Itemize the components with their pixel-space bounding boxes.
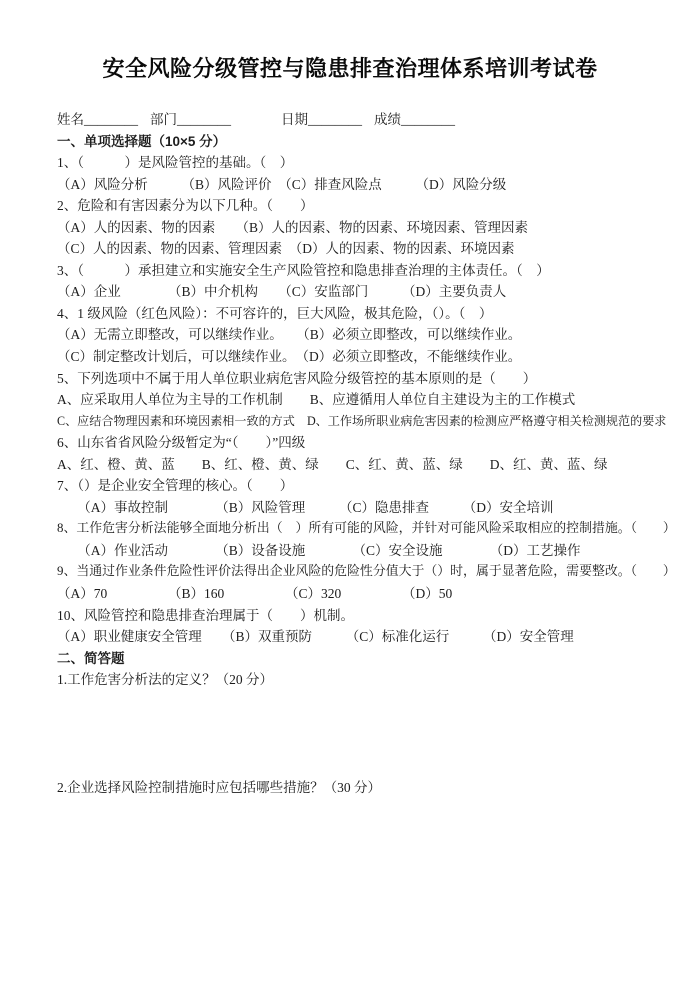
question-5-stem: 5、下列选项中不属于用人单位职业病危害风险分级管控的基本原则的是（ ） — [57, 368, 692, 390]
short-answer-question-1: 1.工作危害分析法的定义？（20 分） — [57, 669, 692, 691]
question-1: 1、（ ）是风险管控的基础。（ ） （A）风险分析 （B）风险评价 （C）排查风… — [57, 152, 692, 195]
score-field: 成绩________ — [374, 109, 455, 131]
question-3-options: （A）企业 （B）中介机构 （C）安监部门 （D）主要负责人 — [57, 281, 692, 303]
question-9: 9、当通过作业条件危险性评价法得出企业风险的危险性分值大于（）时，属于显著危险，… — [57, 561, 692, 604]
question-2: 2、危险和有害因素分为以下几种。（ ） （A）人的因素、物的因素 （B）人的因素… — [57, 195, 692, 260]
date-label: 日期 — [281, 112, 308, 127]
question-10-options: （A）职业健康安全管理 （B）双重预防 （C）标准化运行 （D）安全管理 — [57, 626, 692, 648]
question-9-stem: 9、当通过作业条件危险性评价法得出企业风险的危险性分值大于（）时，属于显著危险，… — [57, 561, 692, 583]
question-8-stem: 8、工作危害分析法能够全面地分析出（ ）所有可能的风险，并针对可能风险采取相应的… — [57, 518, 692, 540]
question-2-options-line-2: （C）人的因素、物的因素、管理因素 （D）人的因素、物的因素、环境因素 — [57, 238, 692, 260]
department-blank: ________ — [177, 109, 231, 131]
question-3-stem: 3、（ ）承担建立和实施安全生产风险管控和隐患排查治理的主体责任。（ ） — [57, 260, 692, 282]
question-2-options-line-1: （A）人的因素、物的因素 （B）人的因素、物的因素、环境因素、管理因素 — [57, 217, 692, 239]
exam-paper: 安全风险分级管控与隐患排查治理体系培训考试卷 姓名________部门_____… — [0, 0, 700, 990]
department-field: 部门________ — [150, 109, 231, 131]
question-10-stem: 10、风险管控和隐患排查治理属于（ ）机制。 — [57, 605, 692, 627]
score-label: 成绩 — [374, 112, 401, 127]
question-4-options-line-2: （C）制定整改计划后，可以继续作业。 （D）必须立即整改，不能继续作业。 — [57, 346, 692, 368]
question-6-options: A、红、橙、黄、蓝 B、红、橙、黄、绿 C、红、黄、蓝、绿 D、红、黄、蓝、绿 — [57, 454, 692, 476]
question-2-stem: 2、危险和有害因素分为以下几种。（ ） — [57, 195, 692, 217]
question-6-stem: 6、山东省省风险分级暂定为“（ ）”四级 — [57, 432, 692, 454]
section-short-answer-heading: 二、简答题 — [57, 648, 692, 670]
question-8: 8、工作危害分析法能够全面地分析出（ ）所有可能的风险，并针对可能风险采取相应的… — [57, 518, 692, 561]
question-7-stem: 7、（）是企业安全管理的核心。（ ） — [57, 475, 692, 497]
header-fields-row: 姓名________部门________日期________成绩________ — [57, 109, 692, 131]
question-8-options: （A）作业活动 （B）设备设施 （C）安全设施 （D）工艺操作 — [57, 540, 692, 562]
page-title: 安全风险分级管控与隐患排查治理体系培训考试卷 — [0, 0, 700, 83]
name-label: 姓名 — [57, 112, 84, 127]
department-label: 部门 — [150, 112, 177, 127]
question-4: 4、1 级风险（红色风险）：不可容许的，巨大风险，极其危险，（）。（ ） （A）… — [57, 303, 692, 368]
date-field: 日期________ — [281, 109, 362, 131]
question-9-options: （A）70 （B）160 （C）320 （D）50 — [57, 583, 692, 605]
date-blank: ________ — [308, 109, 362, 131]
question-7: 7、（）是企业安全管理的核心。（ ） （A）事故控制 （B）风险管理 （C）隐患… — [57, 475, 692, 518]
question-6: 6、山东省省风险分级暂定为“（ ）”四级 A、红、橙、黄、蓝 B、红、橙、黄、绿… — [57, 432, 692, 475]
question-1-options: （A）风险分析 （B）风险评价 （C）排查风险点 （D）风险分级 — [57, 174, 692, 196]
question-5-options-line-2: C、应结合物理因素和环境因素相一致的方式 D、工作场所职业病危害因素的检测应严格… — [57, 411, 692, 433]
question-5-options-line-1: A、应采取用人单位为主导的工作机制 B、应遵循用人单位自主建设为主的工作模式 — [57, 389, 692, 411]
exam-body: 姓名________部门________日期________成绩________… — [0, 109, 700, 798]
question-10: 10、风险管控和隐患排查治理属于（ ）机制。 （A）职业健康安全管理 （B）双重… — [57, 605, 692, 648]
name-blank: ________ — [84, 109, 138, 131]
question-4-options-line-1: （A）无需立即整改，可以继续作业。 （B）必须立即整改，可以继续作业。 — [57, 324, 692, 346]
name-field: 姓名________ — [57, 109, 138, 131]
question-7-options: （A）事故控制 （B）风险管理 （C）隐患排查 （D）安全培训 — [57, 497, 692, 519]
question-3: 3、（ ）承担建立和实施安全生产风险管控和隐患排查治理的主体责任。（ ） （A）… — [57, 260, 692, 303]
short-answer-question-2: 2.企业选择风险控制措施时应包括哪些措施？（30 分） — [57, 777, 692, 799]
section-choice-heading: 一、单项选择题（10×5 分） — [57, 131, 692, 153]
question-5: 5、下列选项中不属于用人单位职业病危害风险分级管控的基本原则的是（ ） A、应采… — [57, 368, 692, 433]
score-blank: ________ — [401, 109, 455, 131]
question-4-stem: 4、1 级风险（红色风险）：不可容许的，巨大风险，极其危险，（）。（ ） — [57, 303, 692, 325]
question-1-stem: 1、（ ）是风险管控的基础。（ ） — [57, 152, 692, 174]
